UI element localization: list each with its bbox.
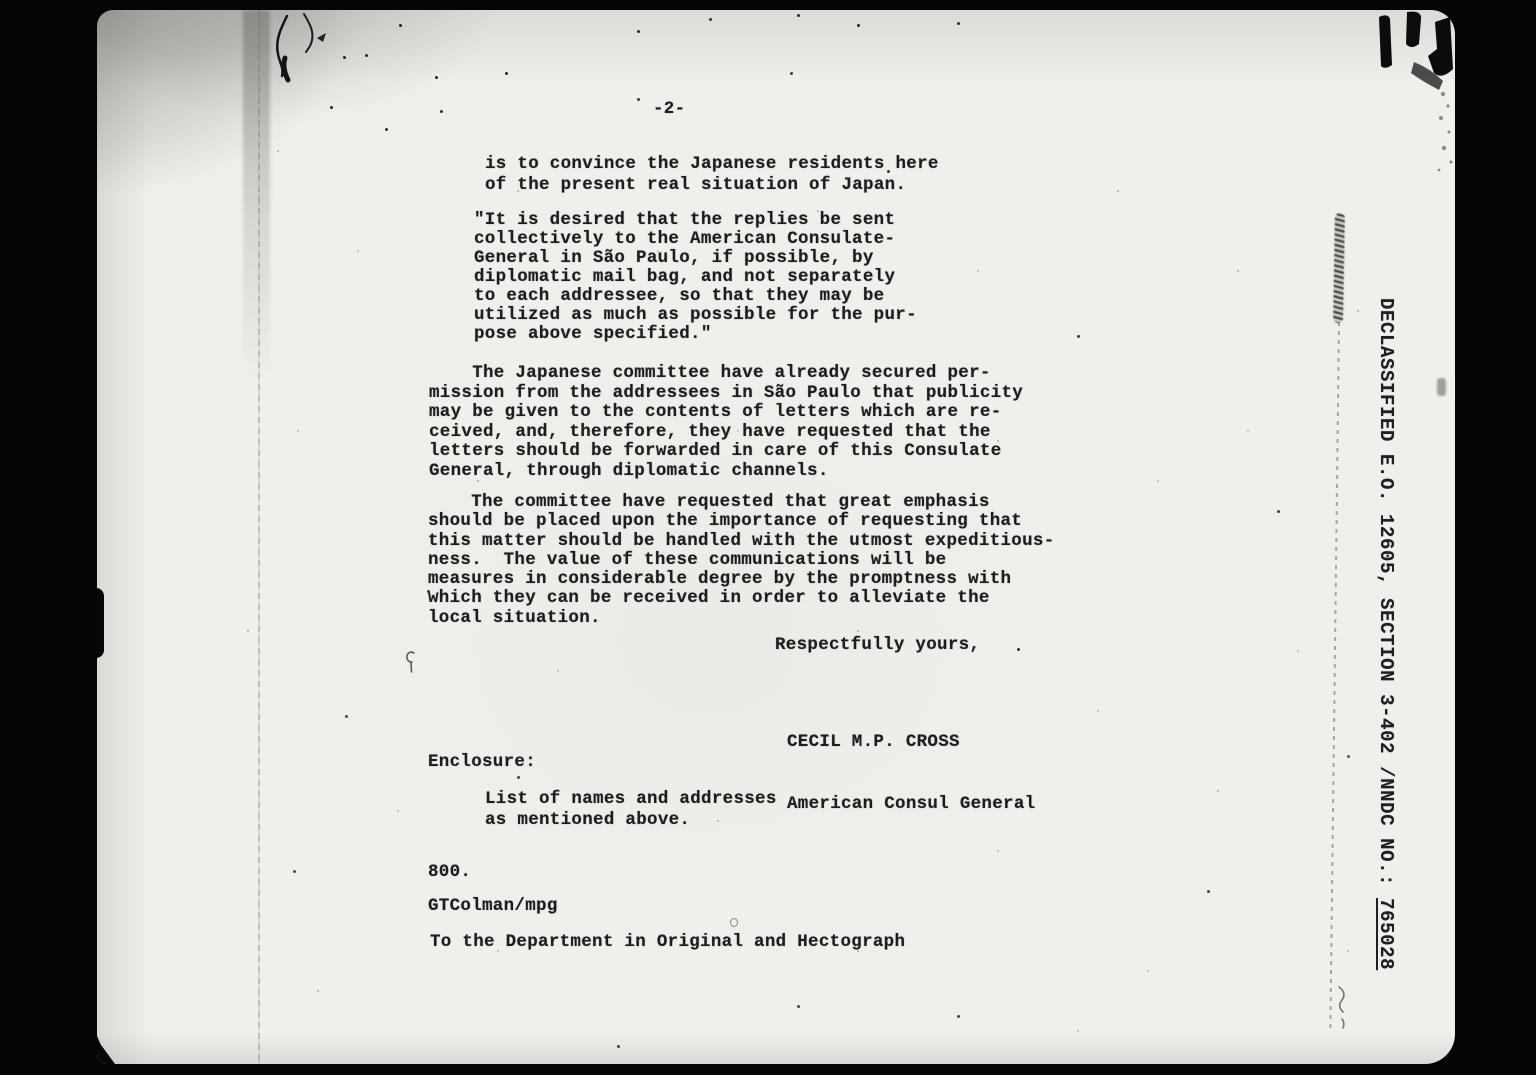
crease-crack-top-left: [257, 10, 352, 128]
distribution-note: To the Department in Original and Hectog…: [430, 933, 905, 953]
paragraph-committee-emphasis: The committee have requested that great …: [428, 493, 1055, 628]
signature-title: American Consul General: [787, 794, 1035, 815]
frame-notch-left-edge: [97, 588, 104, 658]
right-crease-dark-segment: [1333, 213, 1345, 323]
declassification-stamp-number: 765028: [1375, 898, 1397, 970]
quote-continuation-paragraph: is to convince the Japanese residents he…: [485, 154, 939, 195]
crease-squiggle-bottom-right: [1333, 985, 1351, 1031]
small-ring-mark: [730, 918, 738, 927]
paper-specks-light: [97, 10, 99, 12]
declassification-stamp: DECLASSIFIED E.O. 12605, SECTION 3-402 /…: [1353, 250, 1419, 970]
drafter-reference: GTColman/mpg: [428, 897, 558, 917]
signature-block: CECIL M.P. CROSS American Consul General: [787, 691, 1035, 855]
complimentary-closing: Respectfully yours,: [775, 636, 980, 656]
signature-name: CECIL M.P. CROSS: [787, 732, 1035, 753]
paragraph-committee-permission: The Japanese committee have already secu…: [429, 364, 1023, 481]
page-number: -2-: [653, 100, 685, 120]
stray-pen-curl-mark: [403, 650, 419, 676]
left-fold-crease-line: [258, 10, 260, 1064]
frame-wedge-bottom-left: [97, 1036, 115, 1064]
enclosure-description: List of names and addresses as mentioned…: [485, 789, 777, 830]
enclosure-label: Enclosure:: [428, 753, 536, 773]
ink-blot-top-right: [1369, 10, 1455, 180]
ink-smudge-right: [1437, 378, 1446, 396]
declassification-stamp-text: DECLASSIFIED E.O. 12605, SECTION 3-402 /…: [1375, 298, 1397, 898]
right-crease-line: [1329, 322, 1340, 1030]
file-number: 800.: [428, 863, 471, 883]
block-quotation-paragraph: "It is desired that the replies be sent …: [474, 211, 917, 344]
scanned-letter-page: -2- is to convince the Japanese resident…: [97, 10, 1455, 1064]
